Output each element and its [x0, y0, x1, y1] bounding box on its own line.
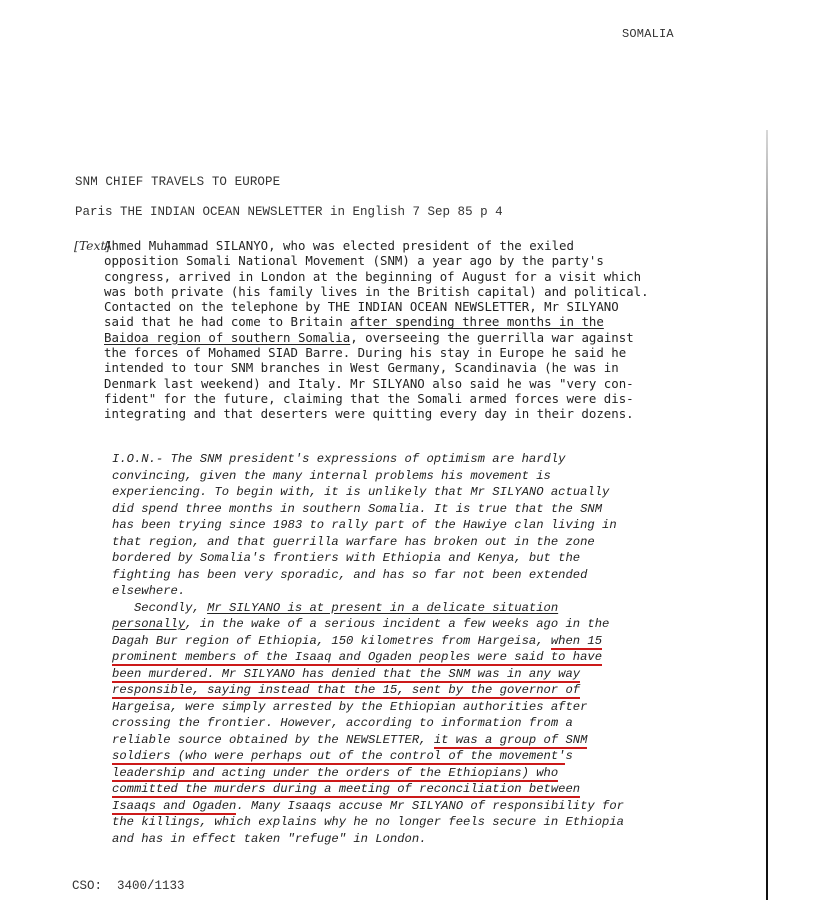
text-run: congress, arrived in London at the begin…	[104, 269, 641, 284]
red-underlined-passage: Isaaqs and Ogaden	[112, 799, 236, 815]
text-run: integrating and that deserters were quit…	[104, 406, 634, 421]
text-run: Contacted on the telephone by THE INDIAN…	[104, 299, 619, 314]
ion-line: did spend three months in southern Somal…	[112, 501, 712, 518]
underlined-passage: Baidoa region of southern Somalia	[104, 330, 350, 345]
body-line: Ahmed Muhammad SILANYO, who was elected …	[104, 238, 704, 253]
red-underlined-passage: soldiers (who were perhaps out of the co…	[112, 749, 565, 765]
red-underlined-passage: it was a group of SNM	[434, 733, 588, 749]
country-label: SOMALIA	[622, 27, 674, 41]
body-line: the forces of Mohamed SIAD Barre. During…	[104, 345, 704, 360]
underlined-passage: Mr SILYANO is at present in a delicate s…	[207, 601, 558, 615]
cso-label: CSO:	[72, 879, 102, 893]
ion-line: I.O.N.- The SNM president's expressions …	[112, 451, 712, 468]
ion-line: Dagah Bur region of Ethiopia, 150 kilome…	[112, 633, 712, 650]
text-run: intended to tour SNM branches in West Ge…	[104, 360, 619, 375]
ion-line: been murdered. Mr SILYANO has denied tha…	[112, 666, 712, 683]
ion-line: bordered by Somalia's frontiers with Eth…	[112, 550, 712, 567]
text-run: I.O.N.- The SNM president's expressions …	[112, 452, 565, 466]
ion-line: leadership and acting under the orders o…	[112, 765, 712, 782]
text-run: opposition Somali National Movement (SNM…	[104, 253, 604, 268]
body-line: congress, arrived in London at the begin…	[104, 269, 704, 284]
red-underlined-passage: been murdered. Mr SILYANO has denied tha…	[112, 667, 580, 683]
text-run: reliable source obtained by the NEWSLETT…	[112, 733, 434, 747]
margin-rule	[766, 130, 768, 900]
underlined-passage: after spending three months in the	[350, 314, 604, 329]
ion-line: Hargeisa, were simply arrested by the Et…	[112, 699, 712, 716]
text-run: experiencing. To begin with, it is unlik…	[112, 485, 609, 499]
red-underlined-passage: committed the murders during a meeting o…	[112, 782, 580, 798]
text-run: Secondly,	[112, 601, 207, 615]
text-run: , overseeing the guerrilla war against	[350, 330, 633, 345]
red-underlined-passage: responsible, saying instead that the 15,…	[112, 683, 580, 699]
text-run: elsewhere.	[112, 584, 185, 598]
text-run: and has in effect taken "refuge" in Lond…	[112, 832, 427, 846]
text-run: crossing the frontier. However, accordin…	[112, 716, 573, 730]
underlined-passage: personally	[112, 617, 185, 631]
text-run: that region, and that guerrilla warfare …	[112, 535, 595, 549]
text-run: said that he had come to Britain	[104, 314, 350, 329]
text-run: Ahmed Muhammad SILANYO, who was elected …	[104, 238, 574, 253]
body-line: said that he had come to Britain after s…	[104, 314, 704, 329]
red-underlined-passage: when 15	[551, 634, 602, 650]
ion-line: responsible, saying instead that the 15,…	[112, 682, 712, 699]
body-line: Baidoa region of southern Somalia, overs…	[104, 330, 704, 345]
text-run: fighting has been very sporadic, and has…	[112, 568, 587, 582]
ion-line: reliable source obtained by the NEWSLETT…	[112, 732, 712, 749]
source-line: Paris THE INDIAN OCEAN NEWSLETTER in Eng…	[75, 205, 503, 219]
ion-line: that region, and that guerrilla warfare …	[112, 534, 712, 551]
text-run: was both private (his family lives in th…	[104, 284, 649, 299]
text-run: fident" for the future, claiming that th…	[104, 391, 634, 406]
text-run: did spend three months in southern Somal…	[112, 502, 602, 516]
ion-commentary: I.O.N.- The SNM president's expressions …	[112, 451, 712, 847]
ion-line: elsewhere.	[112, 583, 712, 600]
headline: SNM CHIEF TRAVELS TO EUROPE	[75, 175, 280, 189]
text-run: Dagah Bur region of Ethiopia, 150 kilome…	[112, 634, 551, 648]
ion-line: soldiers (who were perhaps out of the co…	[112, 748, 712, 765]
ion-line: personally, in the wake of a serious inc…	[112, 616, 712, 633]
ion-line: Secondly, Mr SILYANO is at present in a …	[112, 600, 712, 617]
red-underlined-passage: leadership and acting under the orders o…	[112, 766, 558, 782]
text-run: s	[565, 749, 572, 763]
text-run: bordered by Somalia's frontiers with Eth…	[112, 551, 580, 565]
body-line: fident" for the future, claiming that th…	[104, 391, 704, 406]
ion-line: prominent members of the Isaaq and Ogade…	[112, 649, 712, 666]
red-underlined-passage: prominent members of the Isaaq and Ogade…	[112, 650, 602, 666]
cso-reference: CSO: 3400/1133	[72, 879, 185, 893]
text-run: the killings, which explains why he no l…	[112, 815, 624, 829]
ion-line: Isaaqs and Ogaden. Many Isaaqs accuse Mr…	[112, 798, 712, 815]
body-line: was both private (his family lives in th…	[104, 284, 704, 299]
body-line: Denmark last weekend) and Italy. Mr SILY…	[104, 376, 704, 391]
body-line: Contacted on the telephone by THE INDIAN…	[104, 299, 704, 314]
ion-line: crossing the frontier. However, accordin…	[112, 715, 712, 732]
cso-number: 3400/1133	[117, 879, 185, 893]
text-run: Hargeisa, were simply arrested by the Et…	[112, 700, 587, 714]
ion-line: convincing, given the many internal prob…	[112, 468, 712, 485]
text-run: , in the wake of a serious incident a fe…	[185, 617, 609, 631]
text-run: convincing, given the many internal prob…	[112, 469, 551, 483]
body-line: integrating and that deserters were quit…	[104, 406, 704, 421]
article-body: Ahmed Muhammad SILANYO, who was elected …	[104, 238, 704, 422]
ion-line: and has in effect taken "refuge" in Lond…	[112, 831, 712, 848]
ion-line: has been trying since 1983 to rally part…	[112, 517, 712, 534]
ion-line: fighting has been very sporadic, and has…	[112, 567, 712, 584]
ion-line: experiencing. To begin with, it is unlik…	[112, 484, 712, 501]
ion-line: the killings, which explains why he no l…	[112, 814, 712, 831]
text-run: Denmark last weekend) and Italy. Mr SILY…	[104, 376, 634, 391]
text-run: has been trying since 1983 to rally part…	[112, 518, 617, 532]
text-run: . Many Isaaqs accuse Mr SILYANO of respo…	[236, 799, 624, 813]
text-run: the forces of Mohamed SIAD Barre. During…	[104, 345, 626, 360]
body-line: opposition Somali National Movement (SNM…	[104, 253, 704, 268]
body-line: intended to tour SNM branches in West Ge…	[104, 360, 704, 375]
ion-line: committed the murders during a meeting o…	[112, 781, 712, 798]
